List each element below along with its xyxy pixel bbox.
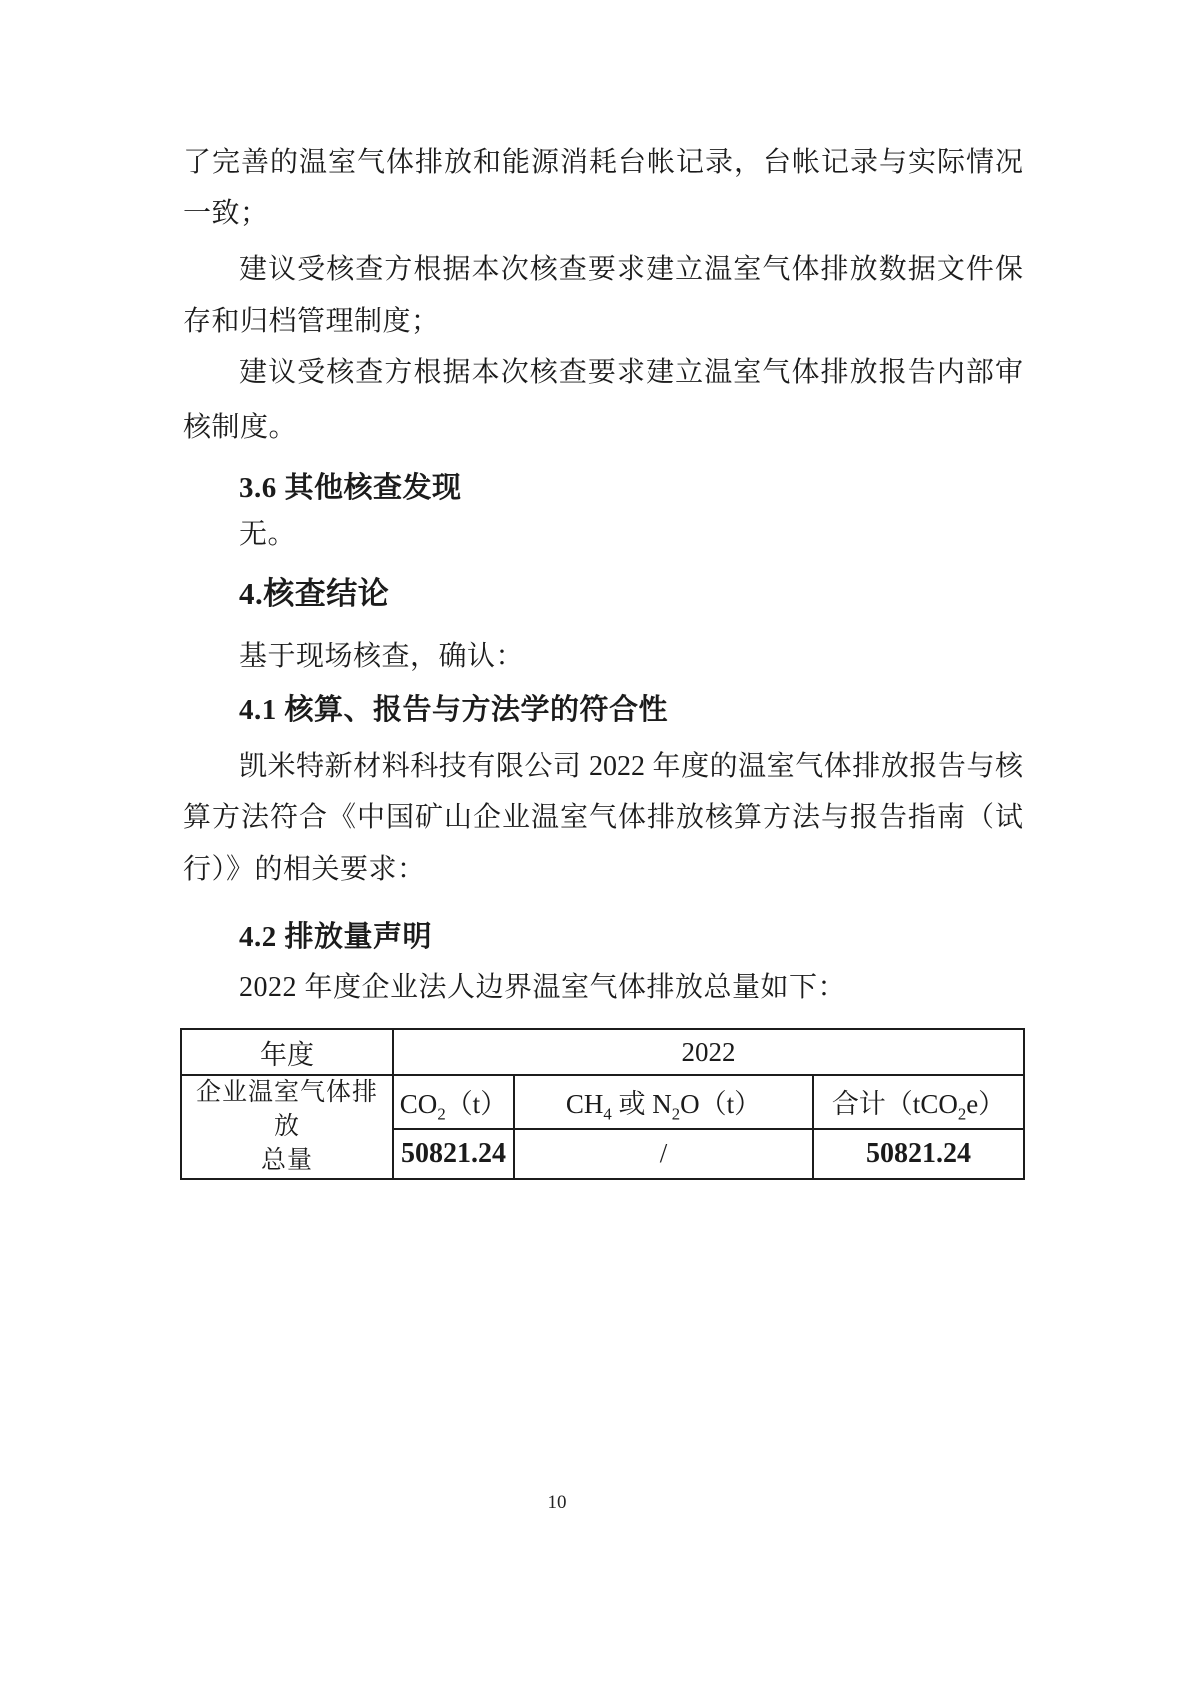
body-line: 一致；: [183, 188, 1023, 240]
table-cell-total-header: 合计（tCO2e）: [813, 1075, 1024, 1129]
body-line: 了完善的温室气体排放和能源消耗台帐记录，台帐记录与实际情况: [183, 137, 1023, 189]
total-label-line2: 总量: [186, 1144, 388, 1178]
document-page: 了完善的温室气体排放和能源消耗台帐记录，台帐记录与实际情况 一致； 建议受核查方…: [0, 0, 1191, 1684]
body-line: 核制度。: [183, 402, 1023, 454]
body-line: 建议受核查方根据本次核查要求建立温室气体排放数据文件保: [183, 244, 1023, 296]
body-line: 凯米特新材料科技有限公司 2022 年度的温室气体排放报告与核: [183, 741, 1023, 793]
table-cell-co2-header: CO2（t）: [393, 1075, 514, 1129]
table-row: 企业温室气体排放 总量 CO2（t） CH4 或 N2O（t） 合计（tCO2e…: [181, 1075, 1024, 1129]
table-cell-total-value: 50821.24: [813, 1129, 1024, 1179]
table-row: 年度 2022: [181, 1029, 1024, 1075]
body-line: 存和归档管理制度；: [183, 296, 1023, 348]
emissions-table: 年度 2022 企业温室气体排放 总量 CO2（t） CH4 或 N2O（t） …: [180, 1028, 1025, 1180]
section-heading-3-6: 3.6 其他核查发现: [183, 462, 1023, 514]
table-cell-ch4n2o-value: /: [514, 1129, 813, 1179]
body-line: 2022 年度企业法人边界温室气体排放总量如下：: [183, 962, 1023, 1014]
body-line: 无。: [183, 509, 1023, 561]
section-heading-4-2: 4.2 排放量声明: [183, 911, 1023, 963]
table-cell-ch4n2o-header: CH4 或 N2O（t）: [514, 1075, 813, 1129]
body-line: 基于现场核查，确认：: [183, 631, 1023, 683]
section-heading-4: 4.核查结论: [183, 568, 1023, 620]
body-line: 算方法符合《中国矿山企业温室气体排放核算方法与报告指南（试: [183, 792, 1023, 844]
section-heading-4-1: 4.1 核算、报告与方法学的符合性: [183, 684, 1023, 736]
table-cell-year-value: 2022: [393, 1029, 1024, 1075]
table-cell-co2-value: 50821.24: [393, 1129, 514, 1179]
table-cell-year-label: 年度: [181, 1029, 393, 1075]
body-line: 行）》的相关要求：: [183, 844, 1023, 896]
total-label-line1: 企业温室气体排放: [186, 1076, 388, 1144]
body-line: 建议受核查方根据本次核查要求建立温室气体排放报告内部审: [183, 347, 1023, 399]
table-cell-total-label: 企业温室气体排放 总量: [181, 1075, 393, 1179]
page-number: 10: [0, 1492, 1114, 1514]
